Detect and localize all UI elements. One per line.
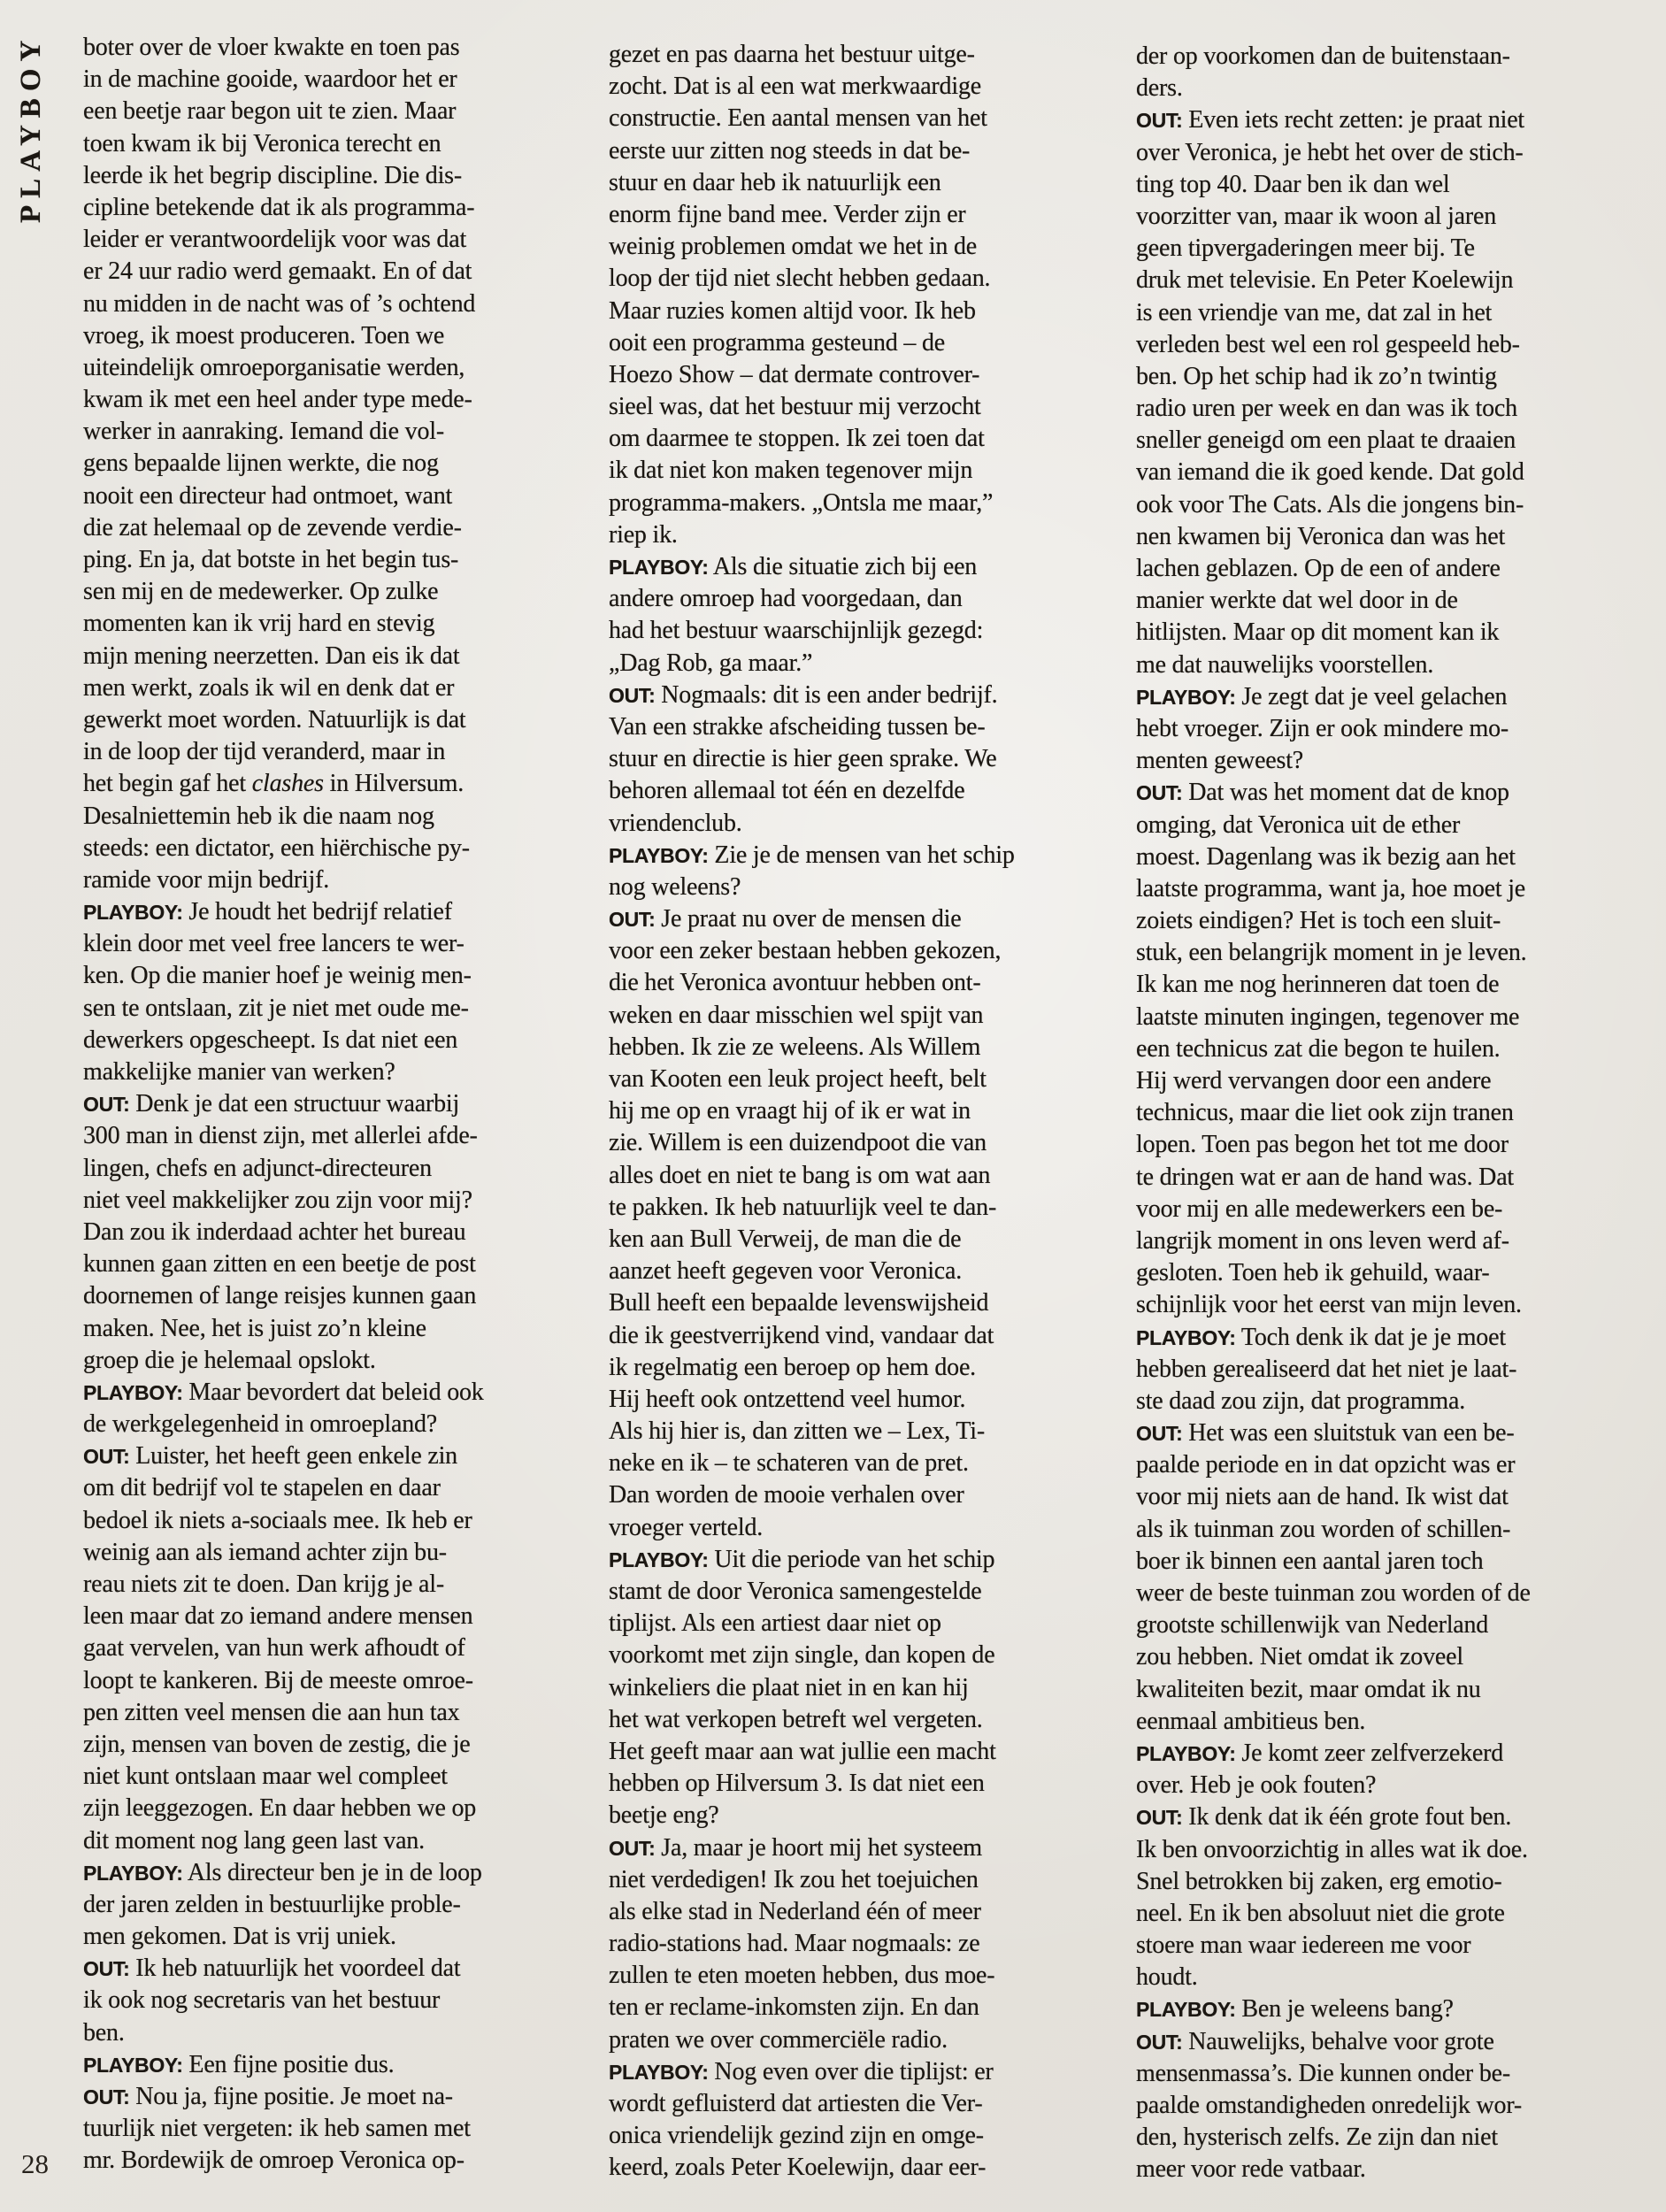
text-line: Hoezo Show – dat dermate controver- (609, 359, 1017, 391)
text-line: leider er verantwoordelijk voor was dat (83, 224, 488, 256)
text-line: programma-makers. „Ontsla me maar,” (609, 488, 1017, 519)
text-line: mr. Bordewijk de omroep Veronica op- (83, 2145, 488, 2177)
text-line: zoiets eindigen? Het is toch een sluit- (1136, 905, 1555, 937)
text-line: PLAYBOY: Maar bevordert dat beleid ook (83, 1377, 488, 1409)
text-line: PLAYBOY: Je houdt het bedrijf relatief (83, 896, 488, 928)
text-line: der op voorkomen dan de buitenstaan- (1136, 41, 1555, 73)
speaker-label: OUT: (609, 1837, 655, 1860)
text-line: voorkomt met zijn single, dan kopen de (609, 1640, 1017, 1671)
text-line: riep ik. (609, 519, 1017, 551)
text-line: boer ik binnen een aantal jaren toch (1136, 1546, 1555, 1578)
text-line: loop der tijd niet slecht hebben gedaan. (609, 263, 1017, 295)
text-line: het begin gaf het clashes in Hilversum. (83, 768, 488, 800)
text-line: onica vriendelijk gezind zijn en omge- (609, 2120, 1017, 2152)
text-line: nog weleens? (609, 872, 1017, 903)
text-line: PLAYBOY: Als directeur ben je in de loop (83, 1857, 488, 1889)
text-line: als elke stad in Nederland één of meer (609, 1896, 1017, 1928)
text-line: mijn mening neerzetten. Dan eis ik dat (83, 641, 488, 672)
text-line: ik regelmatig een beroep op hem doe. (609, 1352, 1017, 1384)
text-line: dit moment nog lang geen last van. (83, 1825, 488, 1857)
text-line: wordt gefluisterd dat artiesten die Ver- (609, 2088, 1017, 2120)
text-line: tuurlijk niet vergeten: ik heb samen met (83, 2113, 488, 2145)
text-line: men gekomen. Dat is vrij uniek. (83, 1921, 488, 1953)
text-line: moest. Dagenlang was ik bezig aan het (1136, 841, 1555, 873)
text-line: tiplijst. Als een artiest daar niet op (609, 1608, 1017, 1640)
text-line: OUT: Nou ja, fijne positie. Je moet na- (83, 2081, 488, 2113)
text-line: stuur en directie is hier geen sprake. W… (609, 743, 1017, 775)
text-line: Bull heeft een bepaalde levenswijsheid (609, 1287, 1017, 1319)
text-line: der jaren zelden in bestuurlijke proble- (83, 1889, 488, 1921)
text-line: gezet en pas daarna het bestuur uitge- (609, 39, 1017, 71)
text-line: die zat helemaal op de zevende verdie- (83, 512, 488, 544)
text-line: OUT: Denk je dat een structuur waarbij (83, 1088, 488, 1120)
text-line: schijnlijk voor het eerst van mijn leven… (1136, 1289, 1555, 1321)
text-line: het wat verkopen betreft wel vergeten. (609, 1704, 1017, 1736)
text-line: voor een zeker bestaan hebben gekozen, (609, 935, 1017, 967)
text-line: hebben gerealiseerd dat het niet je laat… (1136, 1354, 1555, 1386)
text-line: OUT: Luister, het heeft geen enkele zin (83, 1440, 488, 1472)
text-line: PLAYBOY: Een fijne positie dus. (83, 2049, 488, 2081)
text-line: OUT: Ik heb natuurlijk het voordeel dat (83, 1953, 488, 1985)
text-line: makkelijke manier van werken? (83, 1056, 488, 1088)
text-line: „Dag Rob, ga maar.” (609, 648, 1017, 680)
text-line: kunnen gaan zitten en een beetje de post (83, 1248, 488, 1280)
text-line: men werkt, zoals ik wil en denk dat er (83, 672, 488, 704)
text-line: Als hij hier is, dan zitten we – Lex, Ti… (609, 1416, 1017, 1448)
text-line: OUT: Nauwelijks, behalve voor grote (1136, 2026, 1555, 2058)
text-line: maken. Nee, het is juist zo’n kleine (83, 1313, 488, 1345)
text-line: nen kwamen bij Veronica dan was het (1136, 521, 1555, 553)
text-line: sneller geneigd om een plaat te draaien (1136, 425, 1555, 457)
text-line: toen kwam ik bij Veronica terecht en (83, 128, 488, 160)
text-line: momenten kan ik vrij hard en stevig (83, 608, 488, 640)
page-number: 28 (21, 2148, 49, 2180)
text-line: werker in aanraking. Iemand die vol- (83, 416, 488, 448)
text-line: voor mij en alle medewerkers een be- (1136, 1194, 1555, 1225)
text-line: had het bestuur waarschijnlijk gezegd: (609, 615, 1017, 647)
text-line: hebben. Ik zie ze weleens. Als Willem (609, 1032, 1017, 1064)
speaker-label: PLAYBOY: (1136, 1998, 1236, 2021)
text-line: weinig aan als iemand achter zijn bu- (83, 1537, 488, 1569)
text-line: eenmaal ambitieus ben. (1136, 1706, 1555, 1738)
text-line: enorm fijne band mee. Verder zijn er (609, 199, 1017, 231)
text-line: weken en daar misschien wel spijt van (609, 1000, 1017, 1032)
text-line: zullen te eten moeten hebben, dus moe- (609, 1960, 1017, 1992)
text-line: langrijk moment in ons leven werd af- (1136, 1225, 1555, 1257)
text-line: behoren allemaal tot één en dezelfde (609, 775, 1017, 807)
text-line: doornemen of lange reisjes kunnen gaan (83, 1280, 488, 1312)
text-line: ders. (1136, 73, 1555, 104)
text-line: radio-stations had. Maar nogmaals: ze (609, 1928, 1017, 1960)
text-line: ping. En ja, dat botste in het begin tus… (83, 544, 488, 576)
text-line: lopen. Toen pas begon het tot me door (1136, 1129, 1555, 1161)
text-line: weer de beste tuinman zou worden of de (1136, 1578, 1555, 1609)
text-line: PLAYBOY: Uit die periode van het schip (609, 1544, 1017, 1576)
text-line: leerde ik het begrip discipline. Die dis… (83, 160, 488, 192)
text-line: aanzet heeft gegeven voor Veronica. (609, 1256, 1017, 1287)
text-line: voor mij niets aan de hand. Ik wist dat (1136, 1481, 1555, 1513)
speaker-label: OUT: (83, 1093, 129, 1116)
text-line: OUT: Je praat nu over de mensen die (609, 903, 1017, 935)
text-line: zie. Willem is een duizendpoot die van (609, 1127, 1017, 1159)
text-line: neel. En ik ben absoluut niet die grote (1136, 1898, 1555, 1930)
text-line: zou hebben. Niet omdat ik zoveel (1136, 1641, 1555, 1673)
text-line: PLAYBOY: Nog even over die tiplijst: er (609, 2056, 1017, 2088)
text-line: niet kunt ontslaan maar wel compleet (83, 1761, 488, 1793)
text-line: leen maar dat zo iemand andere mensen (83, 1601, 488, 1632)
text-line: sen te ontslaan, zit je niet met oude me… (83, 993, 488, 1025)
text-line: PLAYBOY: Zie je de mensen van het schip (609, 840, 1017, 872)
text-line: cipline betekende dat ik als programma- (83, 192, 488, 224)
speaker-label: OUT: (83, 1957, 129, 1980)
text-line: weinig problemen omdat we het in de (609, 231, 1017, 263)
text-line: radio uren per week en dan was ik toch (1136, 393, 1555, 425)
speaker-label: OUT: (83, 1445, 129, 1468)
text-line: boter over de vloer kwakte en toen pas (83, 32, 488, 64)
text-line: Ik kan me nog herinneren dat toen de (1136, 969, 1555, 1001)
text-line: grootste schillenwijk van Nederland (1136, 1609, 1555, 1641)
text-line: manier werkte dat wel door in de (1136, 585, 1555, 617)
text-line: alles doet en niet te bang is om wat aan (609, 1160, 1017, 1192)
text-column-3: der op voorkomen dan de buitenstaan-ders… (1136, 41, 1555, 2186)
text-line: ik dat niet kon maken tegenover mijn (609, 455, 1017, 487)
text-line: dewerkers opgescheept. Is dat niet een (83, 1025, 488, 1056)
text-line: ik ook nog secretaris van het bestuur (83, 1985, 488, 2016)
text-line: PLAYBOY: Als die situatie zich bij een (609, 551, 1017, 583)
text-line: reau niets zit te doen. Dan krijg je al- (83, 1569, 488, 1601)
text-line: vroeg, ik moest produceren. Toen we (83, 320, 488, 352)
speaker-label: PLAYBOY: (83, 1862, 183, 1885)
text-line: is een vriendje van me, dat zal in het (1136, 297, 1555, 329)
speaker-label: PLAYBOY: (1136, 1742, 1236, 1765)
text-line: die het Veronica avontuur hebben ont- (609, 967, 1017, 999)
speaker-label: OUT: (1136, 1422, 1182, 1445)
text-line: vroeger verteld. (609, 1512, 1017, 1544)
text-line: constructie. Een aantal mensen van het (609, 103, 1017, 134)
text-line: steeds: een dictator, een hiërchische py… (83, 833, 488, 864)
text-line: andere omroep had voorgedaan, dan (609, 583, 1017, 615)
text-line: zijn, mensen van boven de zestig, die je (83, 1729, 488, 1761)
text-line: paalde periode en in dat opzicht was er (1136, 1449, 1555, 1481)
speaker-label: OUT: (83, 2085, 129, 2108)
text-line: er 24 uur radio werd gemaakt. En of dat (83, 256, 488, 288)
text-line: van Kooten een leuk project heeft, belt (609, 1064, 1017, 1095)
text-line: niet veel makkelijker zou zijn voor mij? (83, 1185, 488, 1217)
text-line: OUT: Even iets recht zetten: je praat ni… (1136, 104, 1555, 136)
magazine-spine: PLAYBOY (11, 25, 51, 223)
text-line: keerd, zoals Peter Koelewijn, daar eer- (609, 2152, 1017, 2184)
speaker-label: OUT: (1136, 781, 1182, 804)
text-line: neke en ik – te schateren van de pret. (609, 1448, 1017, 1479)
text-line: bedoel ik niets a-sociaals mee. Ik heb e… (83, 1505, 488, 1537)
text-line: van iemand die ik goed kende. Dat gold (1136, 457, 1555, 488)
text-line: ben. (83, 2017, 488, 2049)
text-line: druk met televisie. En Peter Koelewijn (1136, 265, 1555, 296)
text-line: verleden best wel een rol gespeeld heb- (1136, 329, 1555, 361)
text-line: sen mij en de medewerker. Op zulke (83, 576, 488, 608)
text-line: OUT: Nogmaals: dit is een ander bedrijf. (609, 680, 1017, 711)
text-line: klein door met veel free lancers te wer- (83, 928, 488, 960)
text-line: die ik geestverrijkend vind, vandaar dat (609, 1320, 1017, 1352)
text-line: ramide voor mijn bedrijf. (83, 864, 488, 896)
speaker-label: PLAYBOY: (83, 2054, 183, 2077)
speaker-label: OUT: (609, 908, 655, 931)
text-line: kwaliteiten bezit, maar omdat ik nu (1136, 1674, 1555, 1706)
text-line: lingen, chefs en adjunct-directeuren (83, 1153, 488, 1185)
text-line: Hij werd vervangen door een andere (1136, 1065, 1555, 1097)
text-line: Dan worden de mooie verhalen over (609, 1479, 1017, 1511)
text-line: meer voor rede vatbaar. (1136, 2154, 1555, 2185)
text-line: stuk, een belangrijk moment in je leven. (1136, 937, 1555, 969)
text-line: ooit een programma gesteund – de (609, 327, 1017, 359)
speaker-label: PLAYBOY: (1136, 686, 1236, 709)
text-line: uiteindelijk omroeporganisatie werden, (83, 352, 488, 384)
text-column-1: boter over de vloer kwakte en toen pasin… (83, 32, 488, 2177)
text-line: eerste uur zitten nog steeds in dat be- (609, 135, 1017, 167)
speaker-label: PLAYBOY: (609, 2061, 709, 2084)
text-line: 300 man in dienst zijn, met allerlei afd… (83, 1120, 488, 1152)
text-line: niet verdedigen! Ik zou het toejuichen (609, 1864, 1017, 1896)
text-line: als ik tuinman zou worden of schillen- (1136, 1514, 1555, 1546)
text-line: in de machine gooide, waardoor het er (83, 64, 488, 96)
text-line: menten geweest? (1136, 745, 1555, 777)
text-line: pen zitten veel mensen die aan hun tax (83, 1697, 488, 1729)
text-line: Ik ben onvoorzichtig in alles wat ik doe… (1136, 1834, 1555, 1866)
text-line: ken. Op die manier hoef je weinig men- (83, 960, 488, 992)
text-line: nu midden in de nacht was of ’s ochtend (83, 288, 488, 320)
speaker-label: PLAYBOY: (1136, 1326, 1236, 1349)
text-line: lachen geblazen. Op de een of andere (1136, 553, 1555, 585)
speaker-label: PLAYBOY: (609, 556, 709, 579)
text-line: laatste minuten ingingen, tegenover me (1136, 1002, 1555, 1033)
text-line: om dit bedrijf vol te stapelen en daar (83, 1472, 488, 1504)
text-line: Hij heeft ook ontzettend veel humor. (609, 1384, 1017, 1416)
text-line: Snel betrokken bij zaken, erg emotio- (1136, 1866, 1555, 1898)
text-line: ten er reclame-inkomsten zijn. En dan (609, 1992, 1017, 2024)
text-line: omging, dat Veronica uit de ether (1136, 810, 1555, 841)
text-line: hebben op Hilversum 3. Is dat niet een (609, 1768, 1017, 1800)
text-line: gens bepaalde lijnen werkte, die nog (83, 448, 488, 480)
text-line: vriendenclub. (609, 808, 1017, 840)
text-line: paalde omstandigheden onredelijk wor- (1136, 2090, 1555, 2122)
text-line: ting top 40. Daar ben ik dan wel (1136, 169, 1555, 201)
text-line: ook voor The Cats. Als die jongens bin- (1136, 489, 1555, 521)
text-line: te pakken. Ik heb natuurlijk veel te dan… (609, 1192, 1017, 1224)
speaker-label: OUT: (1136, 1806, 1182, 1829)
text-line: PLAYBOY: Je komt zeer zelfverzekerd (1136, 1738, 1555, 1770)
text-line: kwam ik met een heel ander type mede- (83, 384, 488, 416)
text-line: Dan zou ik inderdaad achter het bureau (83, 1217, 488, 1248)
speaker-label: OUT: (1136, 109, 1182, 132)
text-line: ste daad zou zijn, dat programma. (1136, 1386, 1555, 1417)
text-line: gesloten. Toen heb ik gehuild, waar- (1136, 1257, 1555, 1289)
text-line: voorzitter van, maar ik woon al jaren (1136, 201, 1555, 233)
speaker-label: PLAYBOY: (83, 1381, 183, 1404)
text-line: Het geeft maar aan wat jullie een macht (609, 1736, 1017, 1768)
speaker-label: OUT: (1136, 2031, 1182, 2054)
text-line: laatste programma, want ja, hoe moet je (1136, 873, 1555, 905)
text-line: over. Heb je ook fouten? (1136, 1770, 1555, 1801)
text-line: sieel was, dat het bestuur mij verzocht (609, 391, 1017, 423)
text-line: OUT: Dat was het moment dat de knop (1136, 777, 1555, 809)
text-line: PLAYBOY: Je zegt dat je veel gelachen (1136, 681, 1555, 713)
text-line: te dringen wat er aan de hand was. Dat (1136, 1162, 1555, 1194)
text-line: me dat nauwelijks voorstellen. (1136, 649, 1555, 681)
text-line: houdt. (1136, 1962, 1555, 1993)
speaker-label: PLAYBOY: (609, 844, 709, 867)
text-line: ben. Op het schip had ik zo’n twintig (1136, 361, 1555, 393)
text-line: groep die je helemaal opslokt. (83, 1345, 488, 1377)
text-line: stamt de door Veronica samengestelde (609, 1576, 1017, 1608)
text-line: PLAYBOY: Ben je weleens bang? (1136, 1993, 1555, 2025)
text-line: winkeliers die plaat niet in en kan hij (609, 1672, 1017, 1704)
text-line: gaat vervelen, van hun werk afhoudt of (83, 1632, 488, 1664)
text-line: loopt te kankeren. Bij de meeste omroe- (83, 1665, 488, 1697)
text-line: stuur en daar heb ik natuurlijk een (609, 167, 1017, 199)
text-line: ken aan Bull Verweij, de man die de (609, 1224, 1017, 1256)
text-line: geen tipvergaderingen meer bij. Te (1136, 233, 1555, 265)
text-line: om daarmee te stoppen. Ik zei toen dat (609, 423, 1017, 455)
text-line: een technicus zat die begon te huilen. (1136, 1033, 1555, 1065)
text-line: hebt vroeger. Zijn er ook mindere mo- (1136, 713, 1555, 745)
text-line: OUT: Ik denk dat ik één grote fout ben. (1136, 1801, 1555, 1833)
text-line: den, hysterisch zelfs. Ze zijn dan niet (1136, 2122, 1555, 2154)
text-line: OUT: Het was een sluitstuk van een be- (1136, 1417, 1555, 1449)
text-line: in de loop der tijd veranderd, maar in (83, 736, 488, 768)
text-line: hij me op en vraagt hij of ik er wat in (609, 1095, 1017, 1127)
magazine-page: PLAYBOY boter over de vloer kwakte en to… (0, 0, 1666, 2212)
speaker-label: PLAYBOY: (609, 1548, 709, 1571)
text-line: Van een strakke afscheiding tussen be- (609, 711, 1017, 743)
text-line: PLAYBOY: Toch denk ik dat je je moet (1136, 1322, 1555, 1354)
text-line: de werkgelegenheid in omroepland? (83, 1409, 488, 1440)
text-line: beetje eng? (609, 1800, 1017, 1832)
text-line: OUT: Ja, maar je hoort mij het systeem (609, 1832, 1017, 1864)
text-line: Maar ruzies komen altijd voor. Ik heb (609, 296, 1017, 327)
speaker-label: PLAYBOY: (83, 901, 183, 924)
text-line: Desalniettemin heb ik die naam nog (83, 801, 488, 833)
text-line: zijn leeggezogen. En daar hebben we op (83, 1793, 488, 1824)
text-line: praten we over commerciële radio. (609, 2024, 1017, 2056)
text-line: stoere man waar iedereen me voor (1136, 1930, 1555, 1962)
text-line: nooit een directeur had ontmoet, want (83, 480, 488, 512)
text-line: een beetje raar begon uit te zien. Maar (83, 96, 488, 127)
text-line: technicus, maar die liet ook zijn tranen (1136, 1097, 1555, 1129)
text-line: over Veronica, je hebt het over de stich… (1136, 137, 1555, 169)
text-line: zocht. Dat is al een wat merkwaardige (609, 71, 1017, 103)
text-line: mensenmassa’s. Die kunnen onder be- (1136, 2058, 1555, 2090)
magazine-spine-text: PLAYBOY (11, 25, 51, 223)
text-line: gewerkt moet worden. Natuurlijk is dat (83, 704, 488, 736)
speaker-label: OUT: (609, 684, 655, 707)
text-column-2: gezet en pas daarna het bestuur uitge-zo… (609, 39, 1017, 2185)
text-line: hitlijsten. Maar op dit moment kan ik (1136, 617, 1555, 649)
